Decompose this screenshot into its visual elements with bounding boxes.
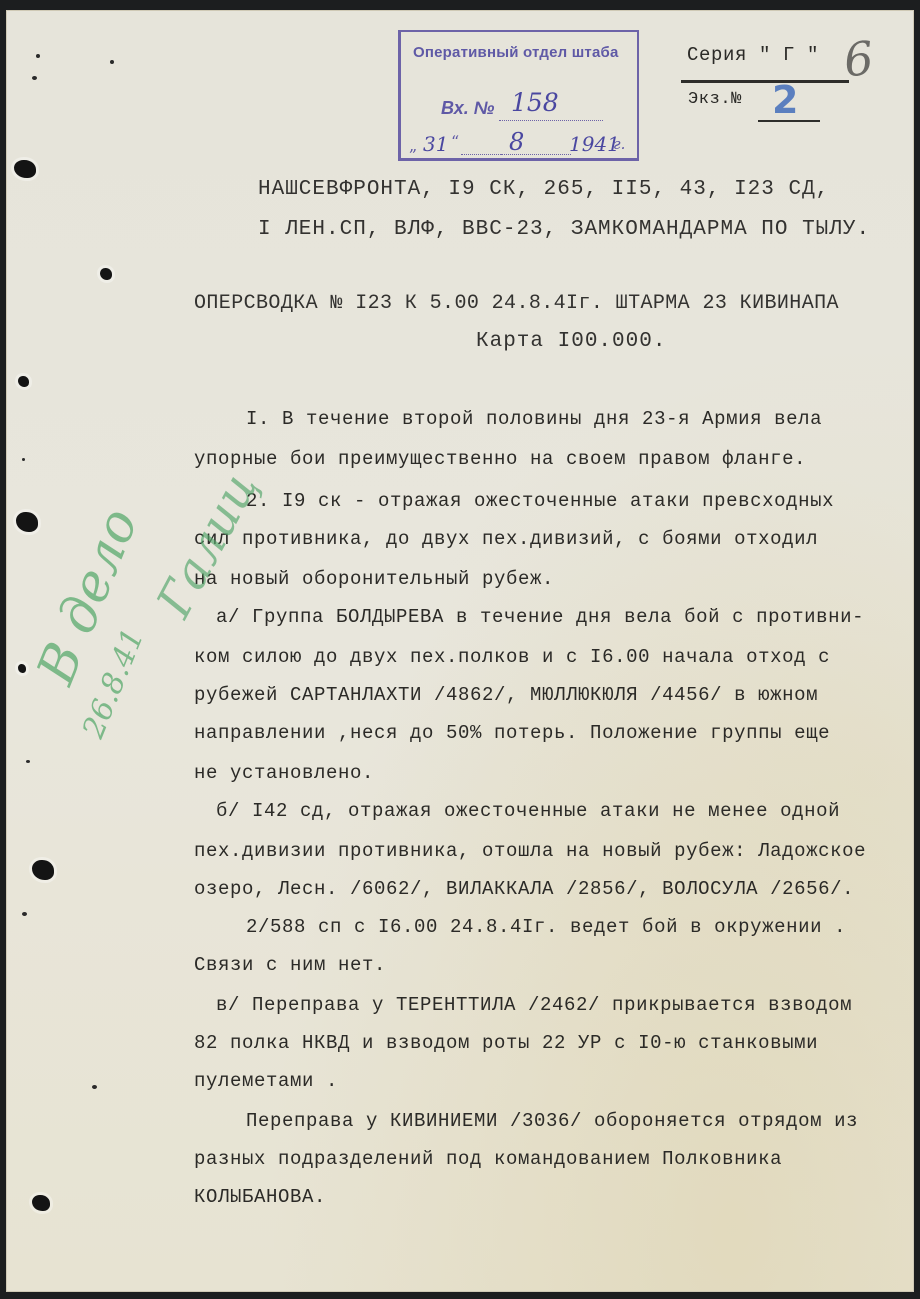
speck [36,54,40,58]
binding-hole [16,512,38,532]
report-line: сил противника, до двух пех.дивизий, с б… [194,528,818,550]
stamp-quote-open: „ [409,136,417,155]
document-page: Оперативный отдел штаба Вх. № 158 „ 31 “… [6,10,914,1292]
stamp-date-month: 8 [509,128,524,156]
addressees-line-1: НАШСЕВФРОНТА, I9 СК, 265, II5, 43, I23 С… [258,178,829,201]
report-line: 2/588 сп с I6.00 24.8.4Iг. ведет бой в о… [246,916,846,938]
report-line: озеро, Лесн. /6062/, ВИЛАККАЛА /2856/, В… [194,878,854,900]
copy-label: Экз.№ [688,90,742,109]
map-scale: Карта I00.000. [476,330,666,353]
report-line: упорные бои преимущественно на своем пра… [194,448,806,470]
report-line: 2. I9 ск - отражая ожесточенные атаки пр… [246,490,834,512]
stamp-date-day: 31 [423,132,448,156]
stamp-quote-close: “ [451,132,459,151]
report-line: пулеметами . [194,1070,338,1092]
report-line: 82 полка НКВД и взводом роты 22 УР с I0-… [194,1032,818,1054]
incoming-stamp: Оперативный отдел штаба Вх. № 158 „ 31 “… [398,30,639,161]
report-line: на новый оборонительный рубеж. [194,568,554,590]
report-line: I. В течение второй половины дня 23-я Ар… [246,408,822,430]
report-line: а/ Группа БОЛДЫРЕВА в течение дня вела б… [216,606,864,628]
binding-hole [100,268,112,280]
stamp-dotted-line [461,154,505,155]
series-divider [681,80,849,83]
copy-number: 2 [772,78,798,122]
report-line: рубежей САРТАНЛАХТИ /4862/, МЮЛЛЮКЮЛЯ /4… [194,684,818,706]
report-line: Переправа у КИВИНИЕМИ /3036/ обороняется… [246,1110,858,1132]
speck [26,760,30,763]
report-line: б/ I42 сд, отражая ожесточенные атаки не… [216,800,840,822]
speck [92,1085,97,1089]
report-title: ОПЕРСВОДКА № I23 К 5.00 24.8.4Iг. ШТАРМА… [194,292,839,315]
stamp-dotted-line [499,120,603,121]
report-line: КОЛЫБАНОВА. [194,1186,326,1208]
report-line: ком силою до двух пех.полков и с I6.00 н… [194,646,830,668]
report-line: Связи с ним нет. [194,954,386,976]
stamp-incoming-number: 158 [511,88,559,117]
report-line: пех.дивизии противника, отошла на новый … [194,840,866,862]
sheet-number: 6 [841,31,876,88]
stamp-dotted-line [501,154,571,155]
binding-hole [14,160,36,178]
binding-hole [18,664,26,673]
report-line: в/ Переправа у ТЕРЕНТТИЛА /2462/ прикрыв… [216,994,852,1016]
series-label: Серия " Г " [687,44,819,66]
stamp-year-suffix: г. [613,135,625,153]
binding-hole [32,1195,50,1211]
report-line: разных подразделений под командованием П… [194,1148,782,1170]
stamp-incoming-label: Вх. № [441,98,494,119]
speck [22,912,27,916]
addressees-line-2: I ЛЕН.СП, ВЛФ, ВВС-23, ЗАМКОМАНДАРМА ПО … [258,218,870,241]
binding-hole [18,376,29,387]
report-line: направлении ,неся до 50% потерь. Положен… [194,722,830,744]
speck [22,458,25,461]
binding-hole [32,860,54,880]
speck [32,76,37,80]
report-line: не установлено. [194,762,374,784]
speck [110,60,114,64]
stamp-title: Оперативный отдел штаба [413,44,619,61]
copy-underline [758,120,820,122]
